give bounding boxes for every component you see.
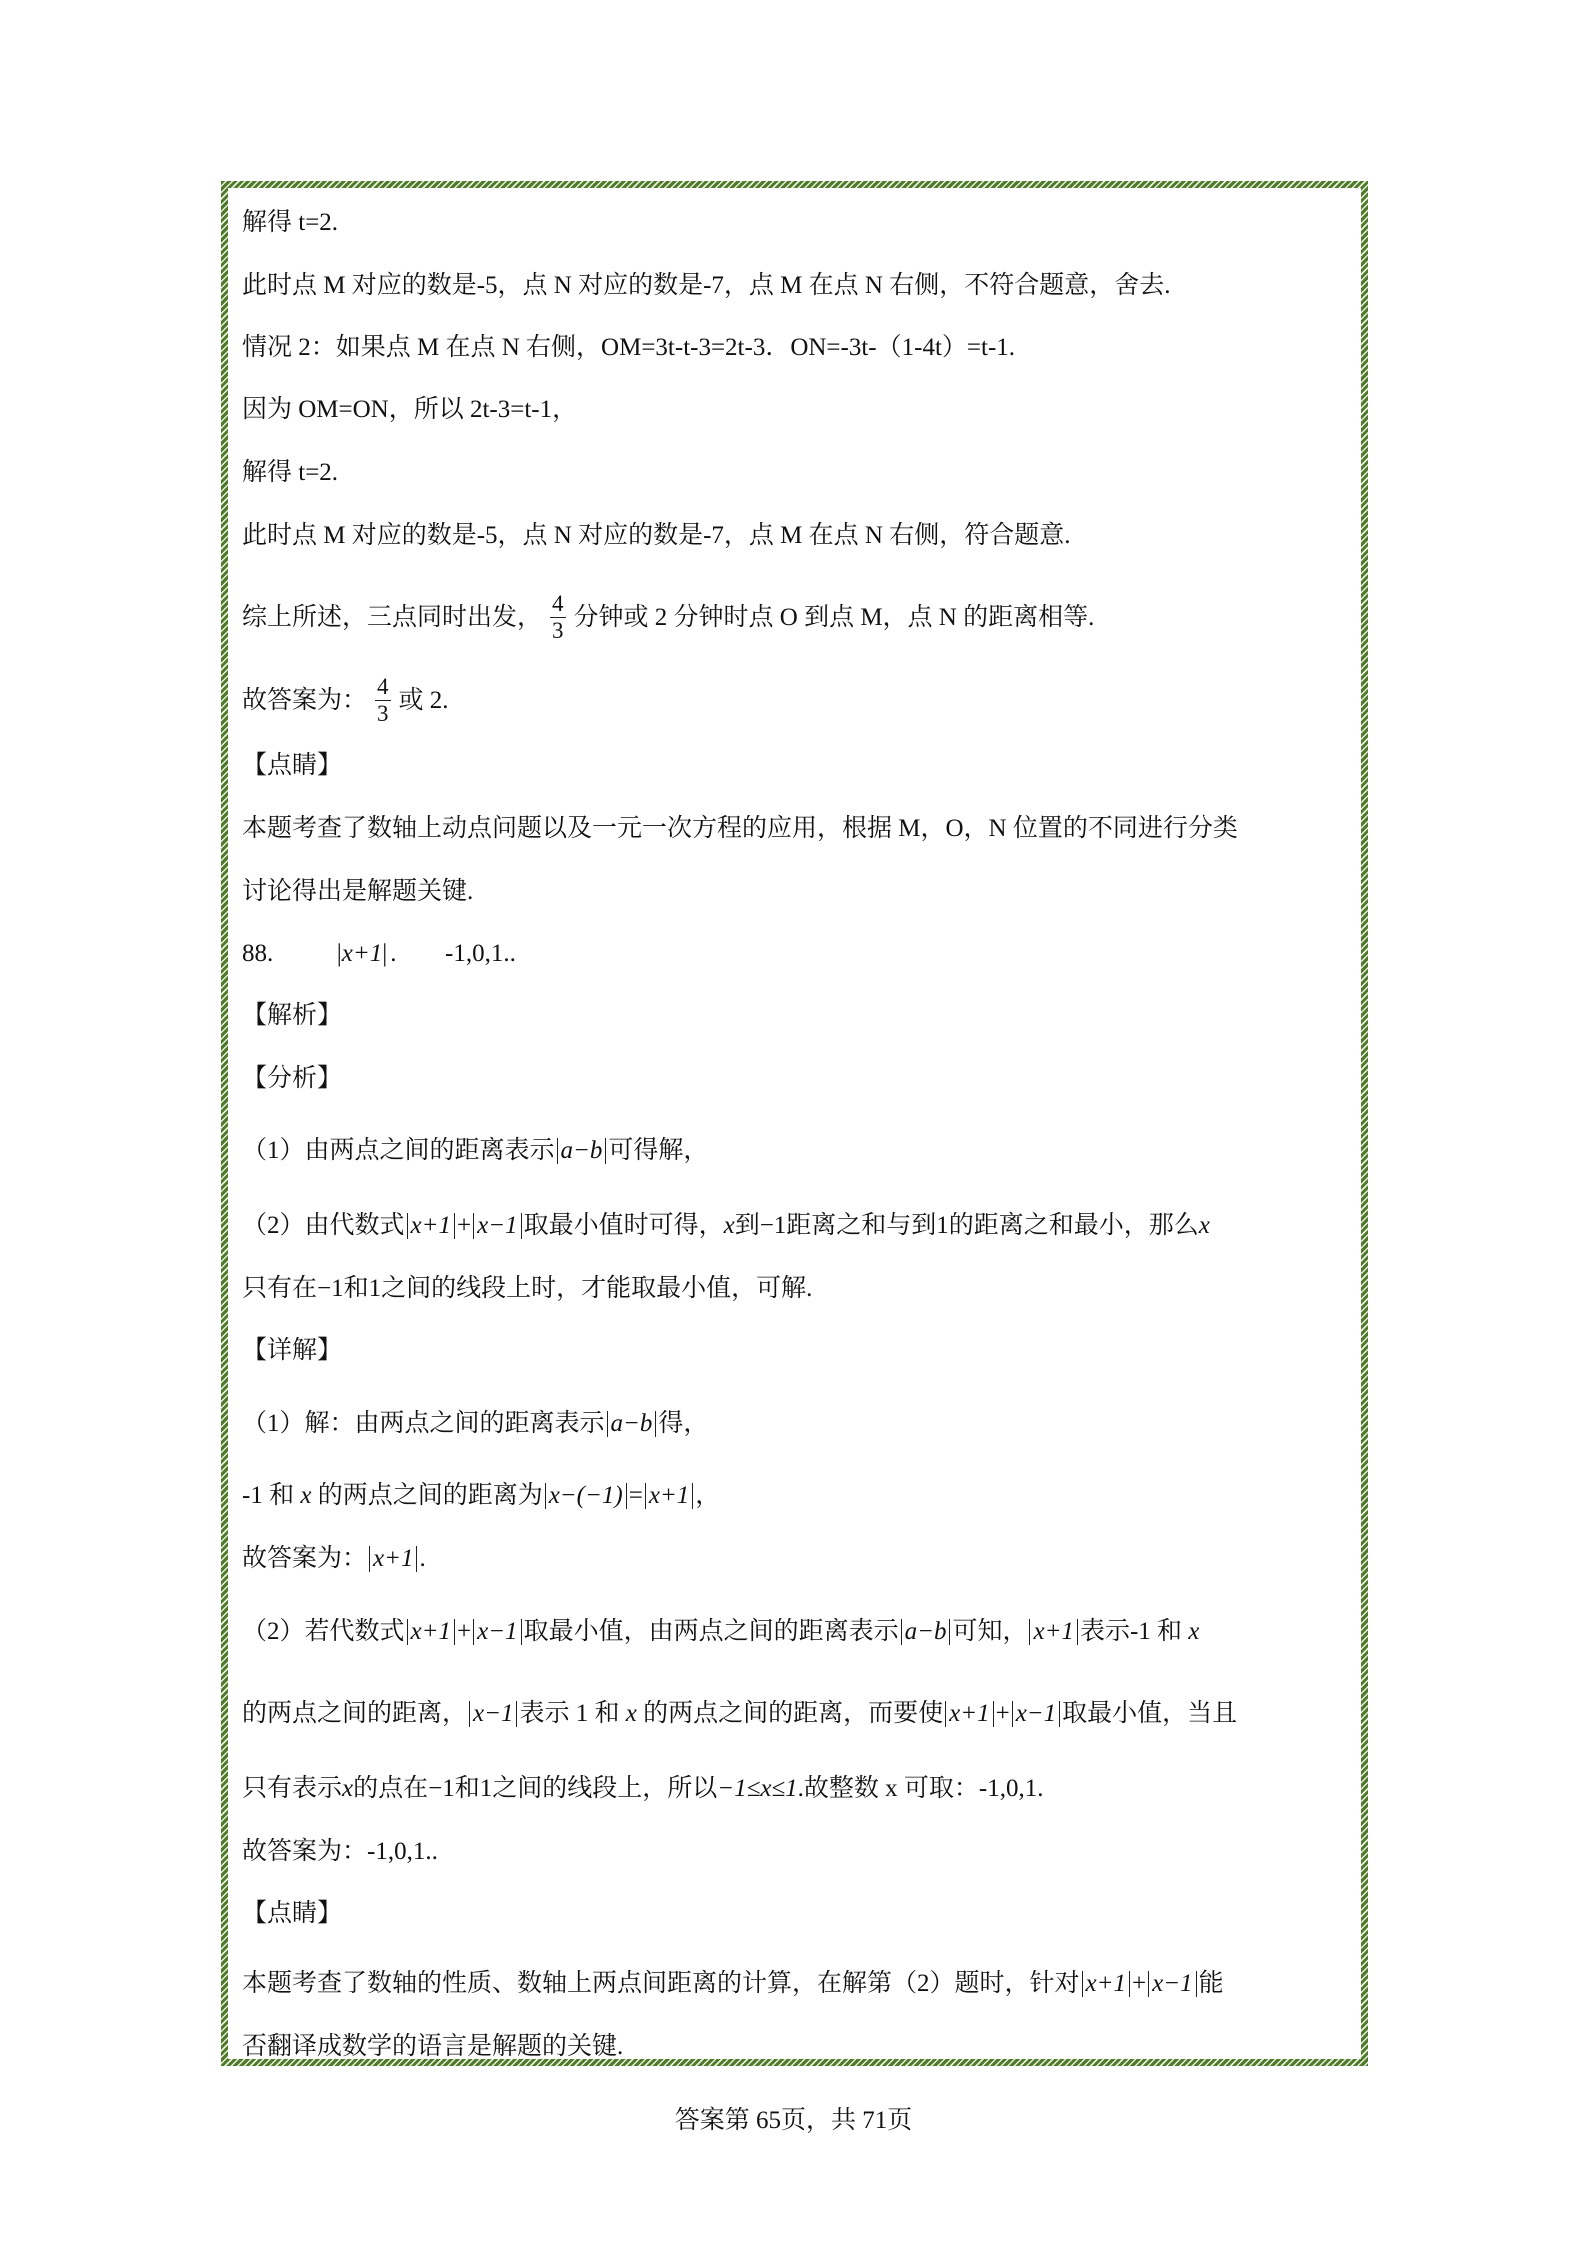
text: 的两点之间的距离为 <box>311 1482 542 1509</box>
answer-2: -1,0,1.. <box>445 940 516 967</box>
text-line: 本题考查了数轴上动点问题以及一元一次方程的应用，根据 M，O，N 位置的不同进行… <box>242 814 1238 844</box>
detail-distance: -1 和 x 的两点之间的距离为x−(−1)=x+1， <box>242 1481 720 1511</box>
text-line: 否翻译成数学的语言是解题的关键. <box>242 2032 623 2062</box>
math-abs: x+1 <box>645 1483 693 1509</box>
math-abs: a−b <box>901 1619 951 1645</box>
text: （2）由代数式 <box>242 1212 405 1239</box>
math-abs: x−(−1) <box>545 1483 627 1509</box>
text-line: 解得 t=2. <box>242 208 338 238</box>
section-heading-xiangjie: 【详解】 <box>242 1336 342 1366</box>
detail-2-line2: 的两点之间的距离，x−1表示 1 和 x 的两点之间的距离，而要使x+1+x−1… <box>242 1699 1237 1729</box>
answer-1: |x+1| <box>334 939 391 969</box>
fraction-denominator: 3 <box>377 701 389 727</box>
text: 可得解， <box>608 1137 708 1164</box>
text-line: 解得 t=2. <box>242 458 338 488</box>
text: + <box>1132 1970 1146 1997</box>
summary-line: 本题考查了数轴的性质、数轴上两点间距离的计算，在解第（2）题时，针对x+1+x−… <box>242 1969 1224 1999</box>
text: . <box>390 940 396 967</box>
math-var: x <box>626 1700 637 1727</box>
text: -1 和 <box>242 1482 300 1509</box>
page-footer: 答案第 65页，共 71页 <box>0 2106 1587 2136</box>
text: 的两点之间的距离， <box>242 1700 467 1727</box>
text-line: 故答案为：-1,0,1.. <box>242 1837 438 1867</box>
math-abs: x−1 <box>473 1213 521 1239</box>
text: 表示-1 和 <box>1080 1618 1188 1645</box>
fraction-numerator: 4 <box>375 674 391 701</box>
math-abs: x−1 <box>473 1619 521 1645</box>
text-line: 此时点 M 对应的数是-5，点 N 对应的数是-7，点 M 在点 N 右侧，符合… <box>242 521 1070 551</box>
text: 故答案为： <box>242 687 367 714</box>
section-heading-fenxi: 【分析】 <box>242 1064 342 1094</box>
text: 综上所述，三点同时出发， <box>242 604 542 631</box>
text-line: 此时点 M 对应的数是-5，点 N 对应的数是-7，点 M 在点 N 右侧，不符… <box>242 271 1170 301</box>
text: 分钟或 2 分钟时点 O 到点 M，点 N 的距离相等. <box>574 604 1095 631</box>
math-abs: a−b <box>557 1138 607 1164</box>
text: 到−1距离之和与到1的距离之和最小，那么 <box>735 1212 1199 1239</box>
text: （2）若代数式 <box>242 1618 405 1645</box>
math-var: x <box>1188 1618 1199 1645</box>
text: 表示 1 和 <box>519 1700 625 1727</box>
text: 取最小值，当且 <box>1062 1700 1237 1727</box>
text: 或 2. <box>399 687 449 714</box>
text-line: 只有在−1和1之间的线段上时，才能取最小值，可解. <box>242 1274 812 1304</box>
text: . <box>419 1545 425 1572</box>
section-heading-dianjing: 【点睛】 <box>242 751 342 781</box>
text: 得， <box>658 1410 708 1437</box>
text: .故整数 x 可取：-1,0,1. <box>798 1775 1044 1802</box>
math-var: x <box>1199 1212 1210 1239</box>
text-line: 情况 2：如果点 M 在点 N 右侧，OM=3t-t-3=2t-3．ON=-3t… <box>242 333 1015 363</box>
text: 的点在−1和1之间的线段上，所以 <box>353 1775 717 1802</box>
section-heading-jiexi: 【解析】 <box>242 1001 342 1031</box>
math-abs: x−1 <box>1148 1971 1196 1997</box>
conclusion-line: 综上所述，三点同时出发，43分钟或 2 分钟时点 O 到点 M，点 N 的距离相… <box>242 588 1094 648</box>
fraction: 43 <box>550 591 566 644</box>
fraction-denominator: 3 <box>552 618 564 644</box>
text-line: 讨论得出是解题关键. <box>242 877 473 907</box>
math-abs: x+1 <box>1029 1619 1077 1645</box>
math-abs: x+1 <box>369 1546 417 1572</box>
question-88-answer: 88. |x+1|. -1,0,1.. <box>242 939 516 969</box>
text: + <box>996 1700 1010 1727</box>
text: 故答案为： <box>242 1545 367 1572</box>
math-abs: x+1 <box>945 1701 993 1727</box>
text: 只有表示 <box>242 1775 342 1802</box>
math-abs: a−b <box>607 1411 657 1437</box>
answer-frame-inner: 解得 t=2. 此时点 M 对应的数是-5，点 N 对应的数是-7，点 M 在点… <box>228 188 1361 2059</box>
text: ， <box>695 1482 720 1509</box>
math-var: x <box>724 1212 735 1239</box>
analysis-2: （2）由代数式x+1+x−1取最小值时可得，x到−1距离之和与到1的距离之和最小… <box>242 1211 1210 1241</box>
detail-1: （1）解：由两点之间的距离表示a−b得， <box>242 1409 708 1439</box>
math-abs: x+1 <box>407 1619 455 1645</box>
text: + <box>457 1212 471 1239</box>
answer-frame: 解得 t=2. 此时点 M 对应的数是-5，点 N 对应的数是-7，点 M 在点… <box>221 181 1368 2066</box>
question-number: 88. <box>242 940 273 967</box>
analysis-1: （1）由两点之间的距离表示a−b可得解， <box>242 1136 708 1166</box>
text: 可知， <box>952 1618 1027 1645</box>
text-line: 因为 OM=ON，所以 2t-3=t-1， <box>242 395 577 425</box>
answer-line: 故答案为：43或 2. <box>242 671 449 731</box>
math-abs: x+1 <box>407 1213 455 1239</box>
math-abs: x−1 <box>469 1701 517 1727</box>
text: 的两点之间的距离，而要使 <box>637 1700 943 1727</box>
text: （1）由两点之间的距离表示 <box>242 1137 555 1164</box>
fraction-numerator: 4 <box>550 591 566 618</box>
math-expr: x+1 <box>342 940 382 967</box>
math-abs: x−1 <box>1012 1701 1060 1727</box>
detail-answer-1: 故答案为：x+1. <box>242 1544 426 1574</box>
text: = <box>629 1482 643 1509</box>
math-var: x <box>300 1482 311 1509</box>
section-heading-dianjing-2: 【点睛】 <box>242 1899 342 1929</box>
math-var: x <box>342 1775 353 1802</box>
text: （1）解：由两点之间的距离表示 <box>242 1410 605 1437</box>
text: 取最小值，由两点之间的距离表示 <box>524 1618 899 1645</box>
text: 取最小值时可得， <box>524 1212 724 1239</box>
text: 能 <box>1199 1970 1224 1997</box>
text: + <box>457 1618 471 1645</box>
text: 本题考查了数轴的性质、数轴上两点间距离的计算，在解第（2）题时，针对 <box>242 1970 1080 1997</box>
fraction: 43 <box>375 674 391 727</box>
math-abs: x+1 <box>1082 1971 1130 1997</box>
detail-2-line1: （2）若代数式x+1+x−1取最小值，由两点之间的距离表示a−b可知，x+1表示… <box>242 1617 1199 1647</box>
detail-2-line3: 只有表示x的点在−1和1之间的线段上，所以−1≤x≤1.故整数 x 可取：-1,… <box>242 1774 1043 1804</box>
math-inequality: −1≤x≤1 <box>717 1775 797 1802</box>
